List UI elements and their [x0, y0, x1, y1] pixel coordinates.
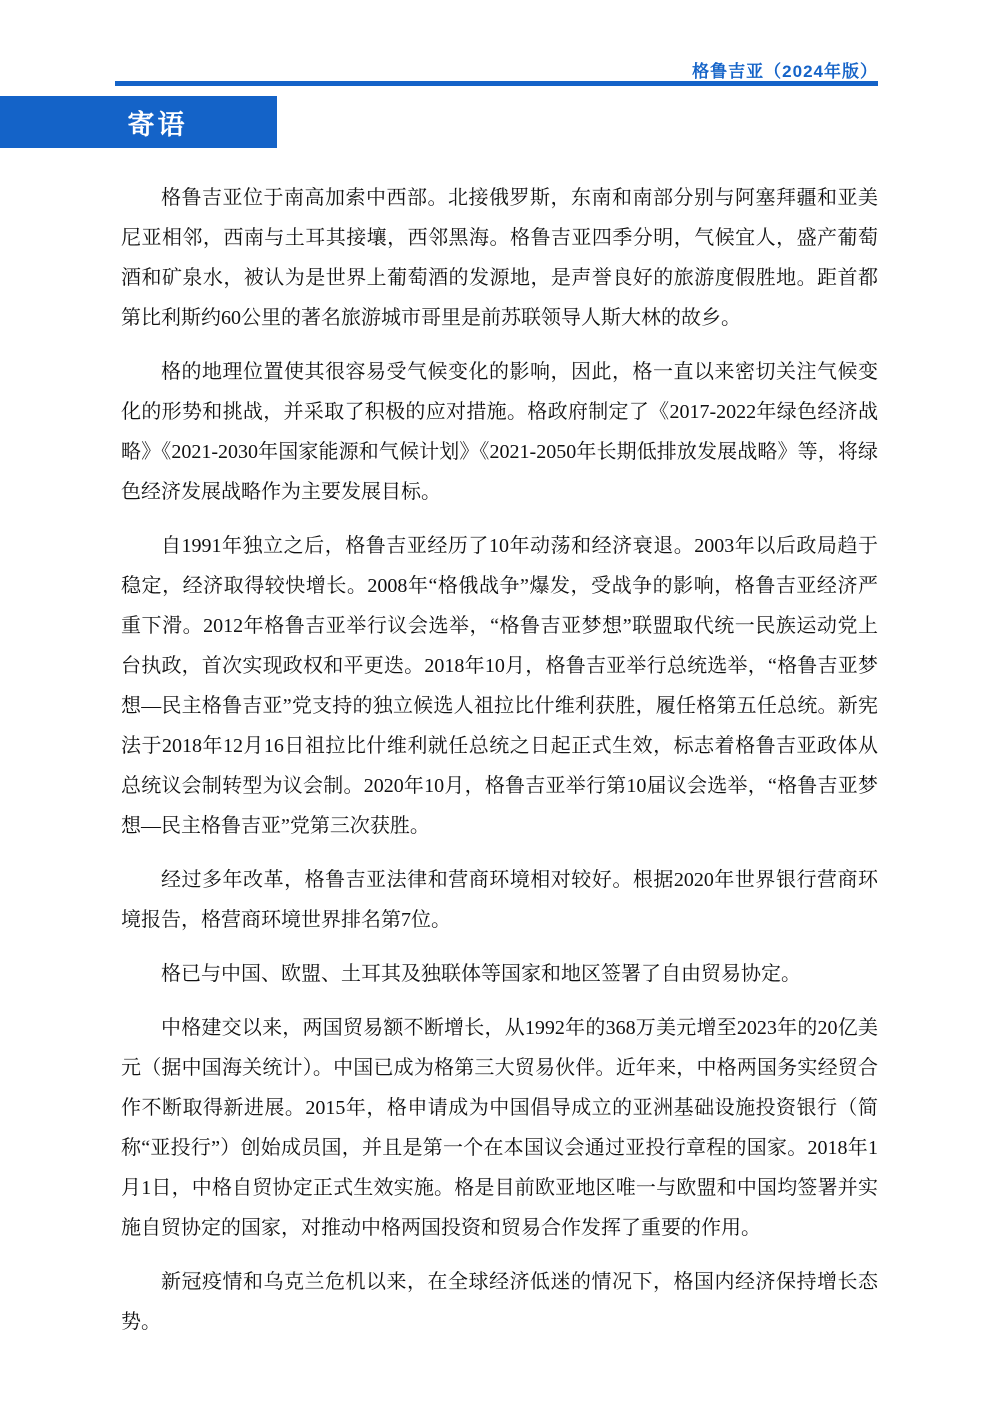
- header-rule-divider: [115, 81, 878, 86]
- page: 格鲁吉亚（2024年版） 寄语 格鲁吉亚位于南高加索中西部。北接俄罗斯，东南和南…: [0, 0, 992, 1403]
- paragraph-political-history: 自1991年独立之后，格鲁吉亚经历了10年动荡和经济衰退。2003年以后政局趋于…: [121, 526, 878, 846]
- document-edition-title: 格鲁吉亚（2024年版）: [692, 57, 878, 82]
- paragraph-geography: 格鲁吉亚位于南高加索中西部。北接俄罗斯，东南和南部分别与阿塞拜疆和亚美尼亚相邻，…: [121, 178, 878, 338]
- paragraph-china-georgia-relations: 中格建交以来，两国贸易额不断增长，从1992年的368万美元增至2023年的20…: [121, 1008, 878, 1248]
- paragraph-business-environment: 经过多年改革，格鲁吉亚法律和营商环境相对较好。根据2020年世界银行营商环境报告…: [121, 860, 878, 940]
- body-content: 格鲁吉亚位于南高加索中西部。北接俄罗斯，东南和南部分别与阿塞拜疆和亚美尼亚相邻，…: [121, 148, 878, 1356]
- section-banner-foreword: 寄语: [0, 96, 277, 148]
- paragraph-climate-strategy: 格的地理位置使其很容易受气候变化的影响，因此，格一直以来密切关注气候变化的形势和…: [121, 352, 878, 512]
- paragraph-free-trade: 格已与中国、欧盟、土耳其及独联体等国家和地区签署了自由贸易协定。: [121, 954, 878, 994]
- paragraph-economic-outlook: 新冠疫情和乌克兰危机以来，在全球经济低迷的情况下，格国内经济保持增长态势。: [121, 1262, 878, 1342]
